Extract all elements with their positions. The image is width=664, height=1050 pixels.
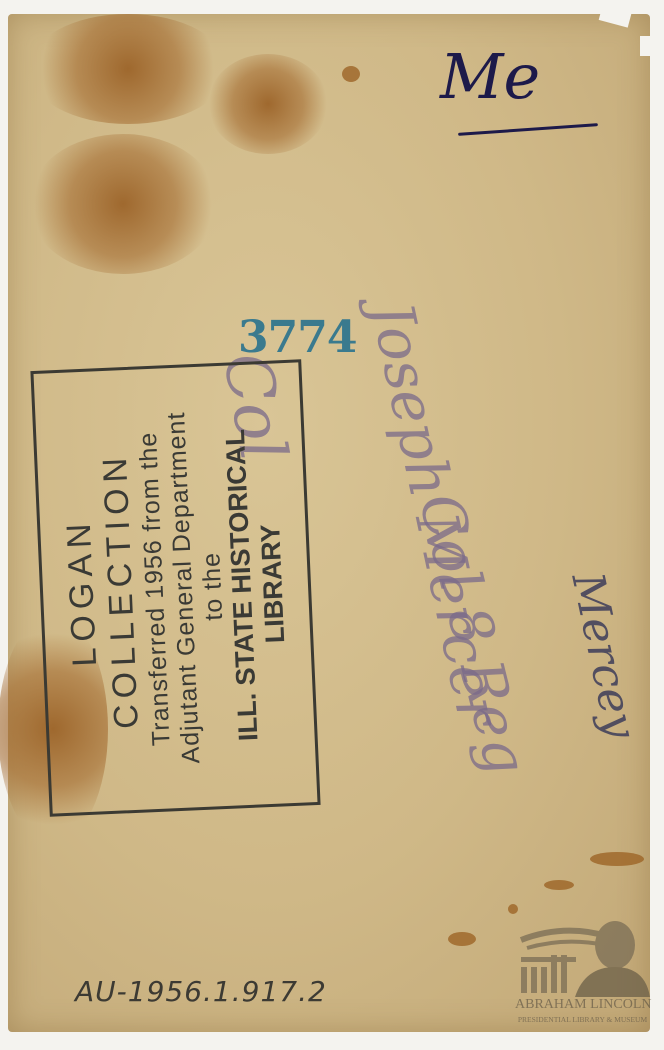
- stain-dot: [544, 880, 574, 890]
- stain-dot: [342, 66, 360, 82]
- watermark-name: ABRAHAM LINCOLN: [515, 997, 650, 1013]
- stain-dot: [508, 904, 518, 914]
- stain-dot: [448, 932, 476, 946]
- stain-dot: [590, 852, 644, 866]
- lincoln-building-icon: [515, 915, 650, 997]
- stain: [208, 54, 328, 154]
- stain: [28, 134, 218, 274]
- stain: [28, 14, 228, 124]
- logan-collection-stamp: LOGAN COLLECTION Transferred 1956 from t…: [30, 359, 320, 816]
- stamp-text: LOGAN COLLECTION Transferred 1956 from t…: [53, 368, 298, 807]
- watermark-subtitle: PRESIDENTIAL LIBRARY & MUSEUM: [515, 1015, 650, 1024]
- catalog-number: AU-1956.1.917.2: [75, 975, 327, 1008]
- card-corner-tear: [640, 36, 654, 56]
- alplm-watermark-logo: ABRAHAM LINCOLN PRESIDENTIAL LIBRARY & M…: [515, 915, 650, 1030]
- handwritten-me: Me: [440, 40, 540, 113]
